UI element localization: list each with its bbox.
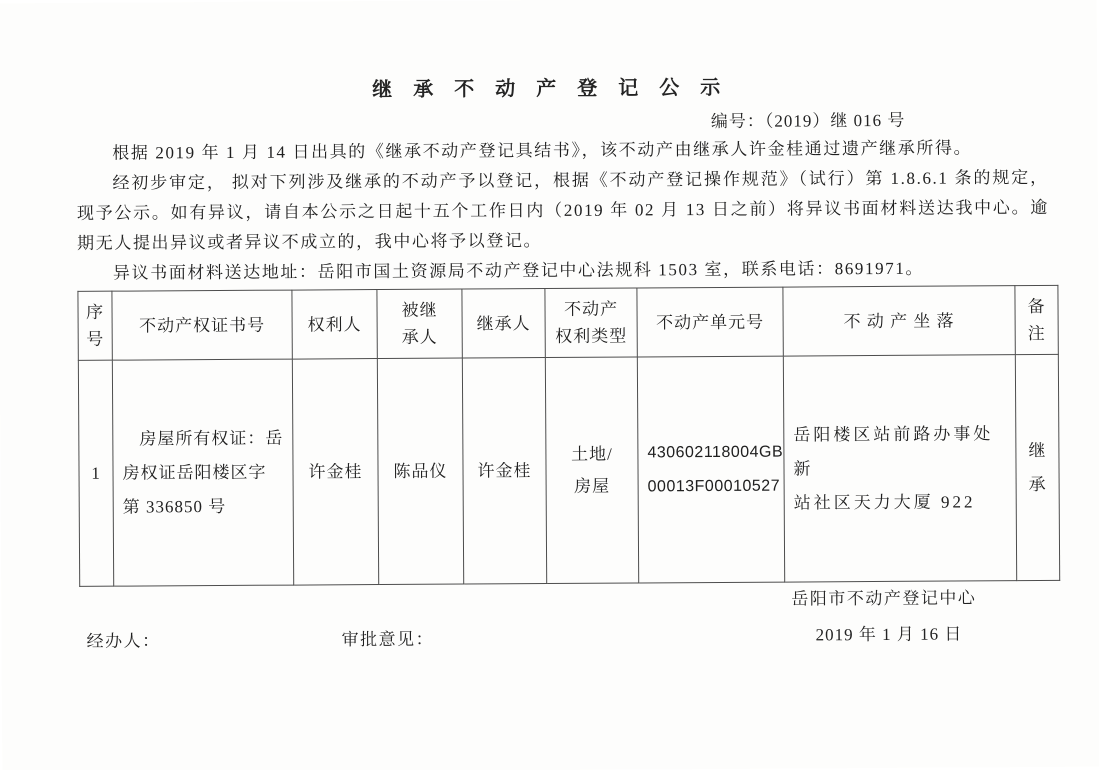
cell-remark: 继 承 xyxy=(1015,354,1059,580)
scanned-document-sheet: 继 承 不 动 产 登 记 公 示 编号：（2019）继 016 号 根据 20… xyxy=(0,0,1099,770)
approval-label: 审批意见： xyxy=(341,625,434,651)
header-decedent: 被继 承人 xyxy=(377,289,462,359)
header-location: 不 动 产 坐 落 xyxy=(783,286,1015,356)
registration-table: 序 号 不动产权证书号 权利人 被继 承人 继承人 不动产 权利类型 不动产单元… xyxy=(77,285,1060,587)
cell-unit-no: 430602118004GB 00013F00010527 xyxy=(637,356,784,583)
cell-seq: 1 xyxy=(78,360,113,586)
doc-number: 编号：（2019）继 016 号 xyxy=(711,106,906,132)
signature-org: 岳阳市不动产登记中心 xyxy=(791,583,976,609)
notice-body: 根据 2019 年 1 月 14 日出具的《继承不动产登记具结书》，该不动产由继… xyxy=(76,133,1049,289)
signature-date: 2019 年 1 月 16 日 xyxy=(815,619,962,645)
page-title: 继 承 不 动 产 登 记 公 示 xyxy=(0,69,1097,105)
cell-location: 岳阳楼区站前路办事处新 站社区天力大厦 922 xyxy=(783,355,1016,582)
header-unit-no: 不动产单元号 xyxy=(637,287,783,357)
table-header-row: 序 号 不动产权证书号 权利人 被继 承人 继承人 不动产 权利类型 不动产单元… xyxy=(78,285,1058,360)
body-paragraph-2: 经初步审定， 拟对下列涉及继承的不动产予以登记，根据《不动产登记操作规范》（试行… xyxy=(77,163,1050,259)
cell-right-type: 土地/ 房屋 xyxy=(545,357,638,584)
table-data-row: 1 房屋所有权证：岳 房权证岳阳楼区字 第 336850 号 许金桂 陈品仪 许… xyxy=(78,354,1059,586)
cell-heir: 许金桂 xyxy=(462,358,546,585)
header-remark: 备 注 xyxy=(1015,285,1058,354)
cell-cert-no: 房屋所有权证：岳 房权证岳阳楼区字 第 336850 号 xyxy=(112,359,293,586)
body-paragraph-3: 异议书面材料送达地址：岳阳市国土资源局不动产登记中心法规科 1503 室，联系电… xyxy=(77,253,1049,289)
handler-label: 经办人： xyxy=(86,626,160,651)
cell-right-holder: 许金桂 xyxy=(292,359,378,586)
header-seq: 序 号 xyxy=(78,291,112,360)
cell-decedent: 陈品仪 xyxy=(377,358,463,585)
header-cert-no: 不动产权证书号 xyxy=(112,290,292,360)
header-heir: 继承人 xyxy=(462,289,545,359)
header-right-type: 不动产 权利类型 xyxy=(545,288,637,358)
header-right-holder: 权利人 xyxy=(292,290,377,360)
